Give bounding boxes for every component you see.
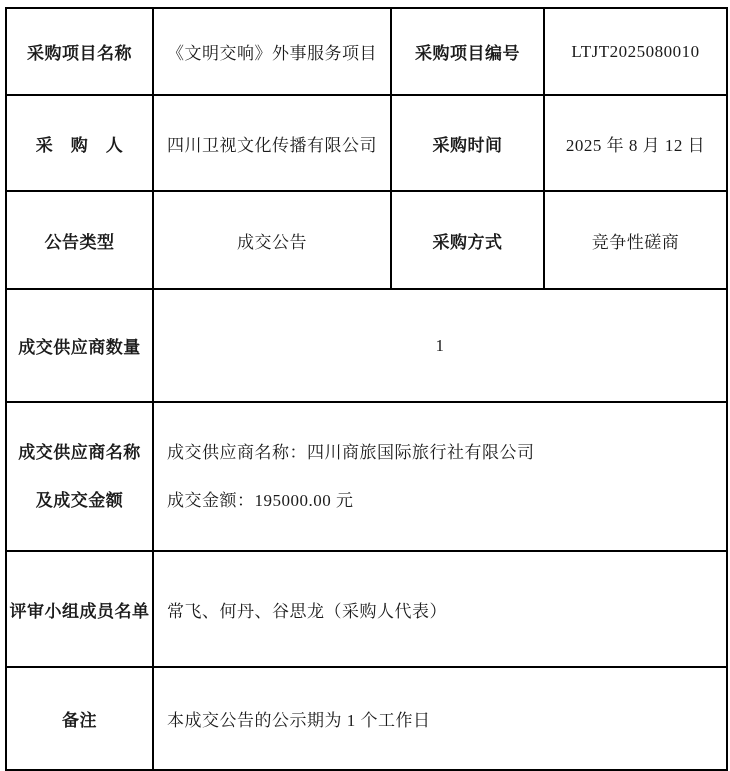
remark-label: 备注 [6,667,153,770]
procurement-award-notice-table: 采购项目名称 《文明交响》外事服务项目 采购项目编号 LTJT202508001… [5,7,728,771]
table-row: 采 购 人 四川卫视文化传播有限公司 采购时间 2025 年 8 月 12 日 [6,95,727,191]
purchaser-label: 采 购 人 [6,95,153,191]
supplier-name-line: 成交供应商名称：四川商旅国际旅行社有限公司 [167,429,718,477]
project-name-label: 采购项目名称 [6,8,153,95]
table-row: 采购项目名称 《文明交响》外事服务项目 采购项目编号 LTJT202508001… [6,8,727,95]
announcement-type-value: 成交公告 [153,191,391,289]
purchase-method-label: 采购方式 [391,191,544,289]
supplier-detail-label-line2: 及成交金额 [8,477,151,525]
table-row: 评审小组成员名单 常飞、何丹、谷思龙（采购人代表） [6,551,727,667]
review-team-value: 常飞、何丹、谷思龙（采购人代表） [153,551,727,667]
project-number-label: 采购项目编号 [391,8,544,95]
table-row: 备注 本成交公告的公示期为 1 个工作日 [6,667,727,770]
supplier-detail-label: 成交供应商名称 及成交金额 [6,402,153,551]
table-row: 成交供应商名称 及成交金额 成交供应商名称：四川商旅国际旅行社有限公司 成交金额… [6,402,727,551]
supplier-count-label: 成交供应商数量 [6,289,153,402]
project-name-value: 《文明交响》外事服务项目 [153,8,391,95]
purchase-time-label: 采购时间 [391,95,544,191]
table-row: 公告类型 成交公告 采购方式 竞争性磋商 [6,191,727,289]
announcement-type-label: 公告类型 [6,191,153,289]
award-amount-line: 成交金额：195000.00 元 [167,477,718,525]
project-number-value: LTJT2025080010 [544,8,727,95]
purchaser-value: 四川卫视文化传播有限公司 [153,95,391,191]
supplier-detail-label-line1: 成交供应商名称 [8,429,151,477]
remark-value: 本成交公告的公示期为 1 个工作日 [153,667,727,770]
review-team-label: 评审小组成员名单 [6,551,153,667]
purchase-time-value: 2025 年 8 月 12 日 [544,95,727,191]
supplier-count-value: 1 [153,289,727,402]
purchase-method-value: 竞争性磋商 [544,191,727,289]
table-row: 成交供应商数量 1 [6,289,727,402]
supplier-detail-value: 成交供应商名称：四川商旅国际旅行社有限公司 成交金额：195000.00 元 [153,402,727,551]
